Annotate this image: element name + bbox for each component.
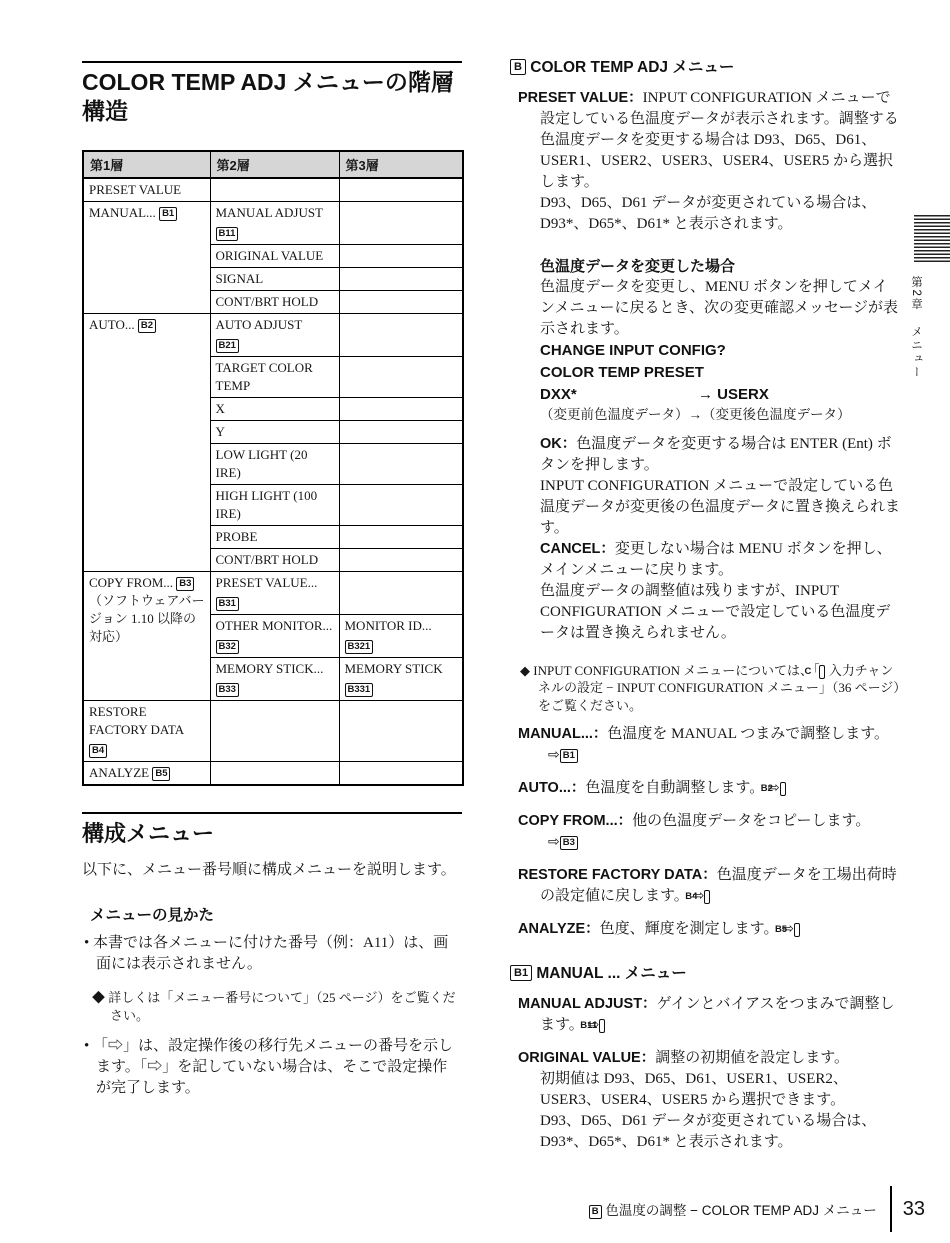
empty-cell (210, 701, 339, 762)
page-footer: B 色温度の調整 − COLOR TEMP ADJ メニュー 33 (589, 1186, 925, 1232)
osd-message-line1: CHANGE INPUT CONFIG? (540, 340, 900, 362)
menu-tag: B11 (216, 227, 239, 241)
footer-running-title: B 色温度の調整 − COLOR TEMP ADJ メニュー (589, 1199, 877, 1219)
left-column: COLOR TEMP ADJ メニューの階層 構造 第1層 第2層 第3層 PR… (82, 0, 462, 1099)
empty-cell (339, 357, 463, 398)
menu-tag: B321 (345, 640, 374, 654)
menu-tag: B1 (159, 207, 177, 221)
preset-value-term: PRESET VALUE： (518, 90, 643, 106)
diamond-icon: ◆ (520, 663, 530, 678)
menu-tag: B4 (89, 744, 107, 758)
right-column: B COLOR TEMP ADJ メニュー PRESET VALUE：INPUT… (510, 0, 900, 1153)
analyze-item: ANALYZE：色度、輝度を測定します。 ⇨B5 (518, 919, 900, 940)
table-row: ANALYZE B5 (83, 762, 463, 786)
goto-arrow-icon: ⇨ (548, 834, 560, 850)
empty-cell (339, 268, 463, 291)
original-value-item: ORIGINAL VALUE：調整の初期値を設定します。 初期値は D93、D6… (518, 1048, 900, 1153)
howto-bullet-2: • 「⇨」は、設定操作後の移行先メニューの番号を示します。「⇨」を記していない場… (82, 1036, 462, 1099)
col-header-level2: 第2層 (210, 151, 339, 178)
section-b-heading: B COLOR TEMP ADJ メニュー (510, 58, 900, 78)
changed-data-subsection: 色温度データを変更した場合 色温度データを変更し、MENU ボタンを押してメイン… (540, 257, 900, 644)
table-row: COPY FROM... B3 （ソフトウェアバージョン 1.10 以降の対応）… (83, 572, 463, 615)
menu-tag: B4 (704, 890, 710, 904)
empty-cell (339, 762, 463, 786)
table-row: PRESET VALUE (83, 178, 463, 202)
section-b1-heading: B1 MANUAL ... メニュー (510, 964, 900, 984)
empty-cell (210, 178, 339, 202)
menu-tag: B1 (560, 749, 578, 763)
menu-tag: B32 (216, 640, 239, 654)
osd-message-line3: DXX*→ USERX (540, 384, 900, 406)
ok-item: OK：色温度データを変更する場合は ENTER (Ent) ボタンを押します。 … (540, 434, 900, 644)
empty-cell (339, 701, 463, 762)
software-version-note: （ソフトウェアバージョン 1.10 以降の対応） (89, 592, 205, 646)
ok-term: OK： (540, 436, 576, 452)
empty-cell (339, 444, 463, 485)
col-header-level1: 第1層 (83, 151, 210, 178)
bullet-icon: • (84, 935, 89, 951)
section-tag: B1 (510, 965, 532, 981)
diamond-icon: ◆ (92, 990, 105, 1005)
changed-data-title: 色温度データを変更した場合 (540, 257, 900, 277)
restore-item: RESTORE FACTORY DATA：色温度データを工場出荷時の設定値に戻し… (518, 865, 900, 907)
table-header-row: 第1層 第2層 第3層 (83, 151, 463, 178)
manual-item: MANUAL...：色温度を MANUAL つまみで調整します。 ⇨B1 (518, 724, 900, 766)
menu-tag: B33 (216, 683, 239, 697)
menu-tag: B11 (599, 1019, 605, 1033)
menu-tag: B3 (560, 836, 578, 850)
cancel-term: CANCEL： (540, 541, 615, 557)
table-row: RESTORE FACTORY DATA B4 (83, 701, 463, 762)
menu-hierarchy-table: 第1層 第2層 第3層 PRESET VALUE MANUAL... B1 MA… (82, 150, 464, 786)
empty-cell (339, 178, 463, 202)
howto-reference-note: ◆ 詳しくは「メニュー番号について」（25 ページ）をご覧ください。 (92, 989, 462, 1024)
copy-from-item: COPY FROM...：他の色温度データをコピーします。 ⇨B3 (518, 811, 900, 853)
table-row: MANUAL... B1 MANUAL ADJUST B11 (83, 202, 463, 245)
chapter-number: 第2章 (910, 276, 922, 311)
preset-value-item: PRESET VALUE：INPUT CONFIGURATION メニューで設定… (518, 88, 900, 235)
empty-cell (339, 572, 463, 615)
menu-tag: B5 (152, 767, 170, 781)
empty-cell (339, 485, 463, 526)
col-header-level3: 第3層 (339, 151, 463, 178)
empty-cell (210, 762, 339, 786)
menu-tag: B5 (794, 923, 800, 937)
empty-cell (339, 549, 463, 572)
auto-item: AUTO...：色温度を自動調整します。 ⇨B2 (518, 778, 900, 799)
osd-message-caption: （変更前色温度データ）→（変更後色温度データ） (540, 406, 900, 424)
section-title: 構成メニュー (82, 820, 462, 848)
empty-cell (339, 526, 463, 549)
section-intro: 以下に、メニュー番号順に構成メニューを説明します。 (82, 860, 462, 881)
page-title: COLOR TEMP ADJ メニューの階層 構造 (82, 68, 462, 126)
empty-cell (339, 314, 463, 357)
goto-arrow-icon: ⇨ (548, 747, 560, 763)
menu-tag: B21 (216, 339, 239, 353)
empty-cell (339, 245, 463, 268)
page-number: 33 (903, 1198, 925, 1221)
osd-message-line2: COLOR TEMP PRESET (540, 362, 900, 384)
footer-divider (890, 1186, 892, 1232)
changed-data-body: 色温度データを変更し、MENU ボタンを押してメインメニューに戻るとき、次の変更… (540, 277, 900, 340)
section-tag: B (510, 59, 526, 75)
empty-cell (339, 421, 463, 444)
howto-title: メニューの見かた (90, 903, 462, 925)
empty-cell (339, 398, 463, 421)
menu-tag: B31 (216, 597, 239, 611)
manual-adjust-item: MANUAL ADJUST：ゲインとバイアスをつまみで調整します。 ⇨B11 (518, 994, 900, 1036)
menu-tag: B2 (138, 319, 156, 333)
manual-page: 第2章メニュー COLOR TEMP ADJ メニューの階層 構造 第1層 第2… (0, 0, 950, 1243)
menu-tag: B2 (780, 782, 786, 796)
empty-cell (339, 291, 463, 314)
section-rule (82, 812, 462, 814)
section-tag: B (589, 1205, 602, 1219)
chapter-title: メニュー (910, 325, 922, 379)
menu-tag: B331 (345, 683, 374, 697)
table-row: AUTO... B2 AUTO ADJUST B21 (83, 314, 463, 357)
input-config-reference-note: ◆ INPUT CONFIGURATION メニューについては、「C 入力チャン… (520, 662, 900, 715)
bullet-icon: • (84, 1038, 89, 1054)
title-rule (82, 61, 462, 63)
chapter-sidebar: 第2章メニュー (908, 276, 924, 379)
empty-cell (339, 202, 463, 245)
menu-tag: B3 (176, 577, 194, 591)
howto-bullet-1: • 本書では各メニューに付けた番号（例：A11）は、画面には表示されません。 (82, 933, 462, 975)
chapter-tab-marker (914, 215, 950, 263)
